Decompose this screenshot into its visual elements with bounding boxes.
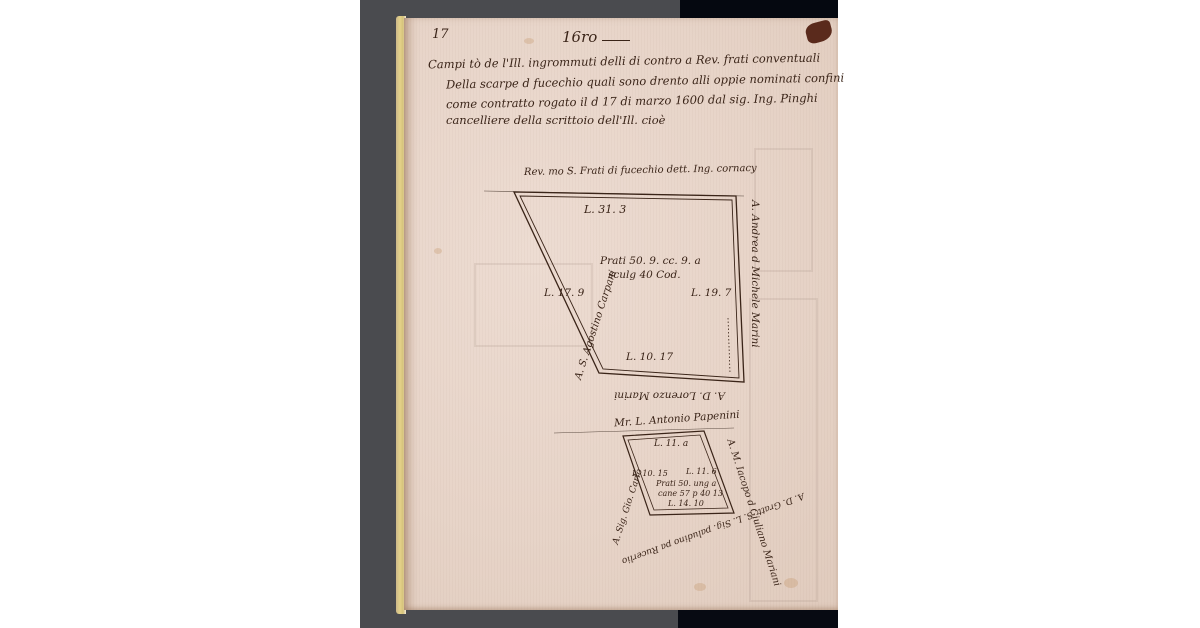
small-plot-area-line-2: cane 57 p 40 13: [658, 490, 723, 498]
large-plot-bottom-measure: L. 10. 17: [626, 352, 673, 363]
large-plot-right-neighbor: A. Andrea d Michele Marini: [750, 200, 761, 348]
large-plot-bottom-neighbor: A. D. Lorenzo Marini: [614, 390, 725, 401]
large-plot-right-measure: L. 19. 7: [691, 288, 731, 299]
large-plot-left-measure: L. 17. 9: [544, 288, 584, 299]
small-plot-area-line-1: Prati 50. ung a: [656, 480, 716, 488]
large-plot-top-measure: L. 31. 3: [584, 204, 626, 215]
scanner-dark-corner-bottom: [678, 608, 838, 628]
small-plot-bottom-measure: L. 14. 10: [668, 500, 704, 508]
manuscript-page: 17 16ro Campi tò de l'Ill. ingrommuti de…: [404, 18, 838, 610]
large-plot-area-line-1: Prati 50. 9. cc. 9. a: [600, 256, 701, 267]
small-plot-right-measure: L. 11. 6: [686, 468, 717, 476]
small-plot-top-measure: L. 11. a: [654, 440, 688, 449]
